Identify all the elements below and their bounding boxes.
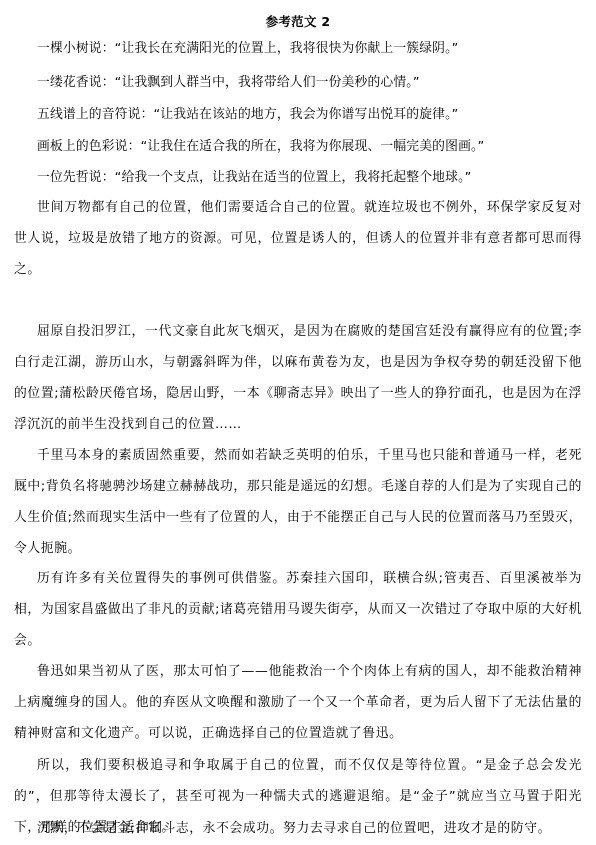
paragraph-lu-xun: 鲁迅如果当初从了医，那太可怕了——他能救治一个个肉体上有病的国人，却不能救治精神… (14, 656, 582, 749)
quote-tree: 一棵小树说：“让我长在充满阳光的位置上，我将很快为你献上一簇绿阴。” (37, 40, 458, 58)
quote-color: 画板上的色彩说：“让我住在适合我的所在，我将为你展现、一幅完美的图画。” (37, 138, 484, 156)
paragraph-historical-figures: 屈原自投汨罗江，一代文豪自此灰飞烟灭，是因为在腐败的楚国宫廷没有赢得应有的位置;… (14, 316, 582, 440)
paragraph-thousand-mile-horse: 千里马本身的素质固然重要，然而如若缺乏英明的伯乐，千里马也只能和普通马一样，老死… (14, 440, 582, 564)
quote-sage: 一位先哲说：“给我一个支点，让我站在适当的位置上，我将托起整个地球。” (37, 169, 471, 187)
document-page: 参考范文 2 一棵小树说：“让我长在充满阳光的位置上，我将很快为你献上一簇绿阴。… (0, 0, 596, 845)
document-title: 参考范文 2 (0, 13, 596, 31)
paragraph-conclusion: 沉默，不会是金;抑制斗志，永不会成功。努力去寻求自己的位置吧，进攻才是的防守。 (14, 813, 582, 844)
quote-note: 五线谱上的音符说：“让我站在该站的地方，我会为你谱写出悦耳的旋律。” (37, 106, 458, 124)
paragraph-everything-has-place: 世间万物都有自己的位置，他们需要适合自己的位置。就连垃圾也不例外，环保学家反复对… (14, 192, 582, 285)
quote-flower: 一缕花香说：“让我飘到人群当中，我将带给人们一份美秒的心情。” (37, 74, 420, 92)
paragraph-gains-losses: 历有许多有关位置得失的事例可供借鉴。苏秦挂六国印，联横合纵;管夷吾、百里溪被举为… (14, 563, 582, 656)
